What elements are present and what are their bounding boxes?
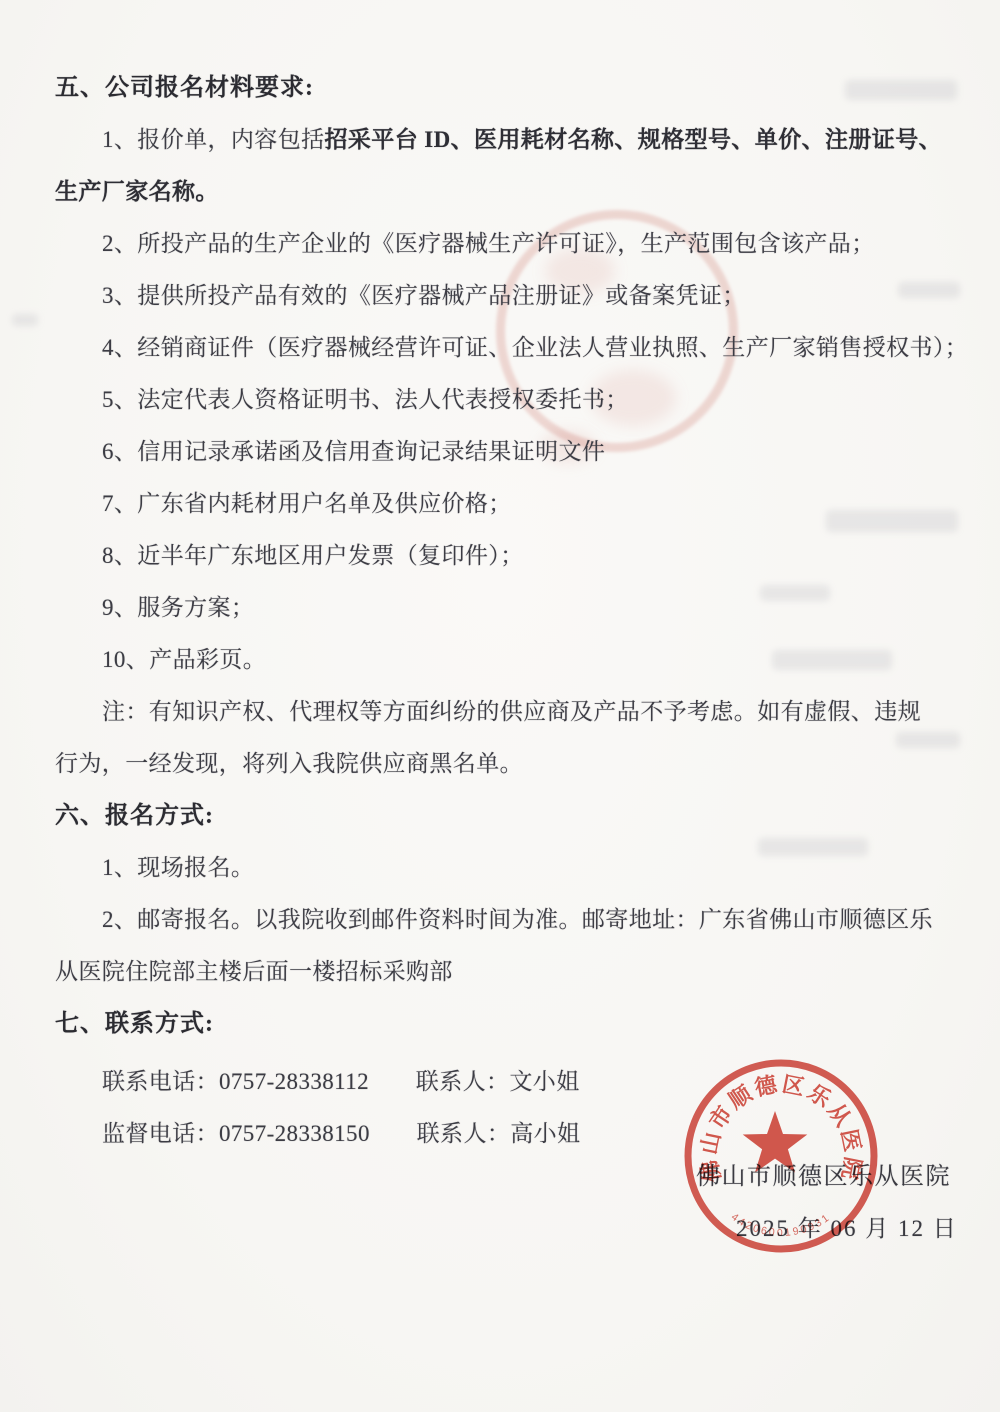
list-item-3: 3、提供所投产品有效的《医疗器械产品注册证》或备案凭证； xyxy=(55,270,980,322)
list-item-1-bold: 招采平台 ID、医用耗材名称、规格型号、单价、注册证号、 xyxy=(325,127,943,152)
star-icon xyxy=(743,1111,808,1173)
list-item-9: 9、服务方案； xyxy=(55,582,980,634)
stamp-code-holder: 4420600190931 xyxy=(729,1211,833,1239)
list-item-6: 6、信用记录承诺函及信用查询记录结果证明文件 xyxy=(55,426,980,478)
list-item-5: 5、法定代表人资格证明书、法人代表授权委托书； xyxy=(55,374,980,426)
document-body: 五、公司报名材料要求: 1、报价单，内容包括招采平台 ID、医用耗材名称、规格型… xyxy=(55,62,980,1160)
stamp-code: 4420600190931 xyxy=(729,1211,833,1239)
section-heading-6: 六、报名方式: xyxy=(55,790,980,842)
hospital-seal: 佛山市顺德区乐从医院 4420600190931 xyxy=(676,1046,886,1266)
note-line-1: 注：有知识产权、代理权等方面纠纷的供应商及产品不予考虑。如有虚假、违规 xyxy=(55,686,980,738)
list-item-8: 8、近半年广东地区用户发票（复印件）； xyxy=(55,530,980,582)
registration-method-2: 2、邮寄报名。以我院收到邮件资料时间为准。邮寄地址：广东省佛山市顺德区乐 xyxy=(55,894,980,946)
bleed-smudge xyxy=(12,314,38,326)
list-item-10: 10、产品彩页。 xyxy=(55,634,980,686)
document-page: 五、公司报名材料要求: 1、报价单，内容包括招采平台 ID、医用耗材名称、规格型… xyxy=(0,0,1000,1412)
list-item-1-normal: 1、报价单，内容包括 xyxy=(102,127,325,152)
list-item-7: 7、广东省内耗材用户名单及供应价格； xyxy=(55,478,980,530)
section-heading-7: 七、联系方式: xyxy=(55,998,980,1050)
section-heading-5: 五、公司报名材料要求: xyxy=(55,62,980,114)
list-item-1: 1、报价单，内容包括招采平台 ID、医用耗材名称、规格型号、单价、注册证号、 xyxy=(55,114,980,166)
registration-method-2-wrap: 从医院住院部主楼后面一楼招标采购部 xyxy=(55,946,980,998)
registration-method-1: 1、现场报名。 xyxy=(55,842,980,894)
list-item-2: 2、所投产品的生产企业的《医疗器械生产许可证》，生产范围包含该产品； xyxy=(55,218,980,270)
list-item-4: 4、经销商证件（医疗器械经营许可证、企业法人营业执照、生产厂家销售授权书）； xyxy=(55,322,980,374)
list-item-1-wrap: 生产厂家名称。 xyxy=(55,166,980,218)
note-line-2: 行为，一经发现，将列入我院供应商黑名单。 xyxy=(55,738,980,790)
